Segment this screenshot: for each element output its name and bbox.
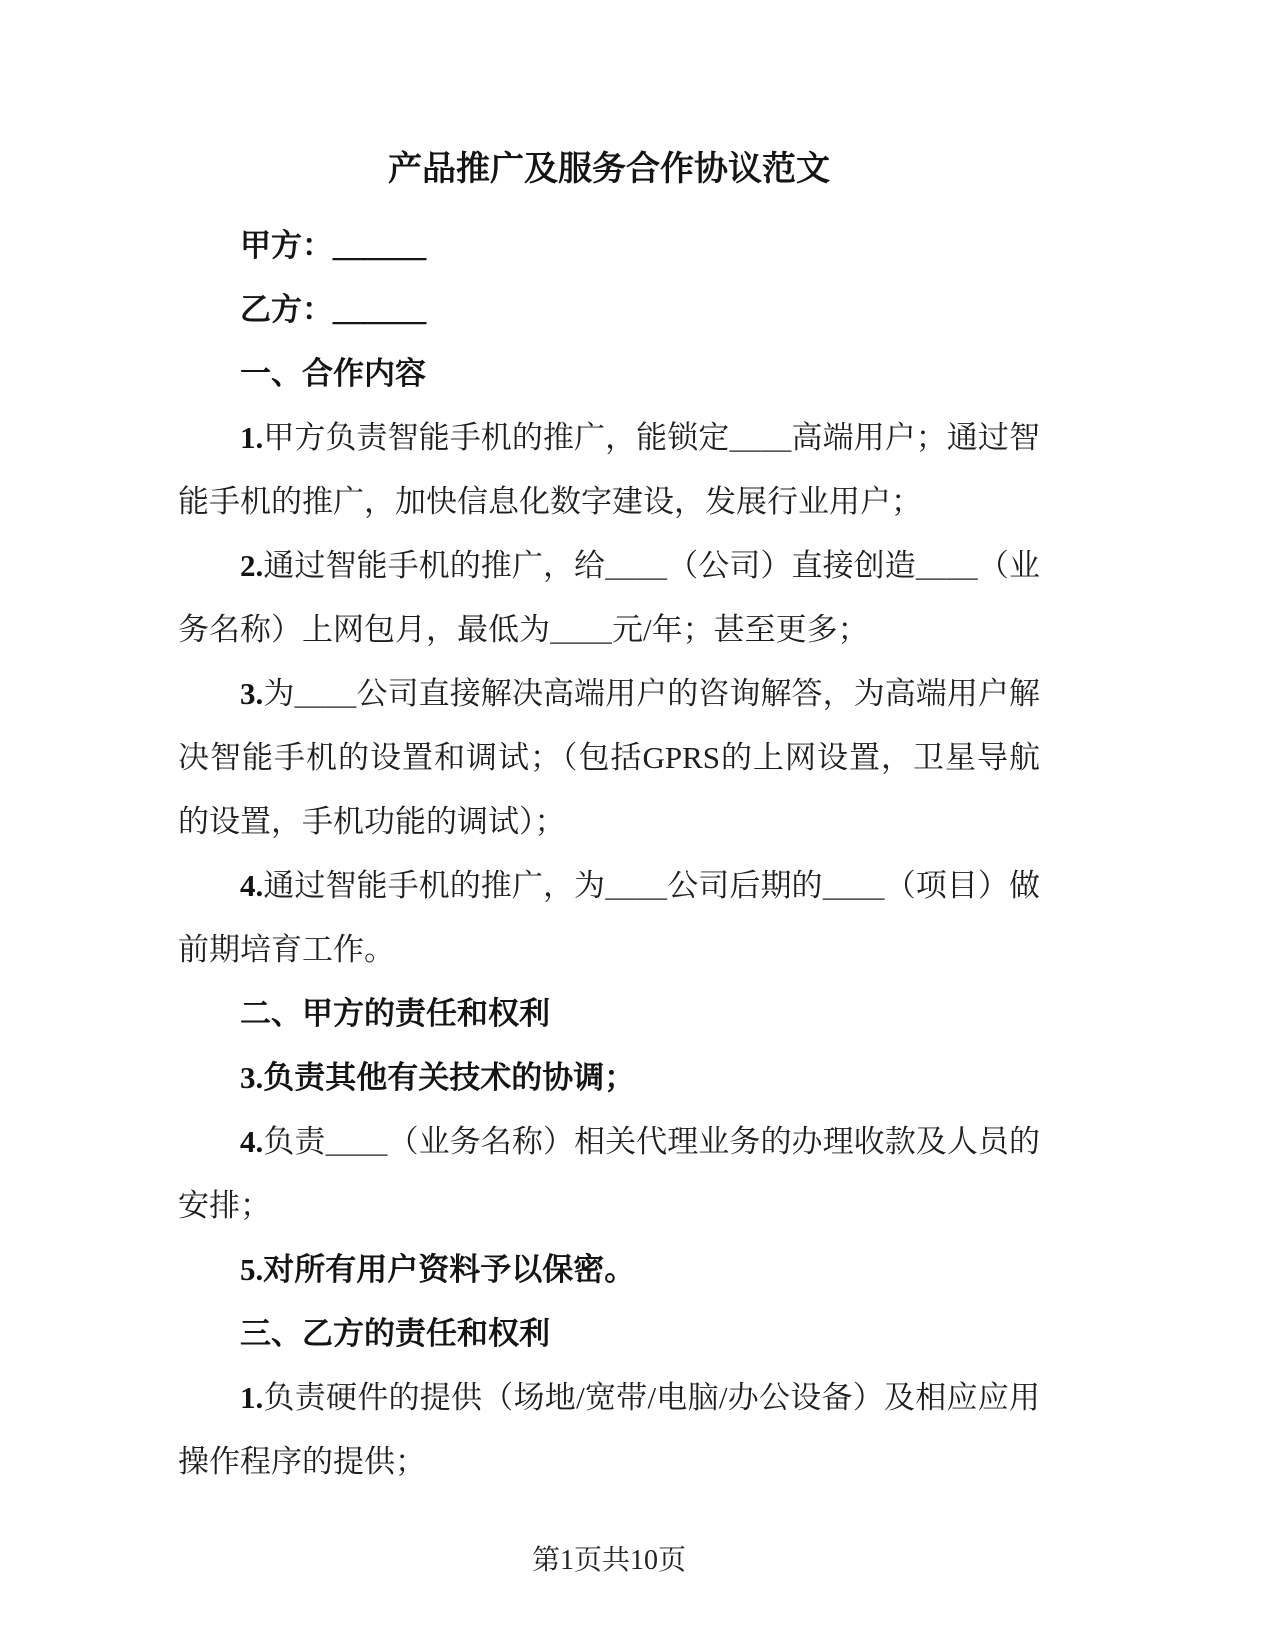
clause-number: 2. (240, 548, 263, 583)
section-heading-3: 三、乙方的责任和权利 (178, 1302, 1040, 1366)
clause-text: 为＿＿公司直接解决高端用户的咨询解答，为高端用户解决智能手机的设置和调试；（包括… (178, 676, 1040, 839)
document-body: 产品推广及服务合作协议范文 甲方：＿＿＿ 乙方：＿＿＿ 一、合作内容 1.甲方负… (178, 138, 1040, 1494)
clause-2-3: 3.负责其他有关技术的协调； (178, 1046, 1040, 1110)
clause-1-4: 4.通过智能手机的推广，为＿＿公司后期的＿＿（项目）做前期培育工作。 (178, 854, 1040, 982)
clause-text: 甲方负责智能手机的推广，能锁定＿＿高端用户；通过智能手机的推广，加快信息化数字建… (178, 420, 1040, 519)
section-heading-1: 一、合作内容 (178, 342, 1040, 406)
party-b-line: 乙方：＿＿＿ (178, 278, 1040, 342)
section-heading-1-text: 一、合作内容 (240, 356, 426, 391)
clause-text: 通过智能手机的推广，给＿＿（公司）直接创造＿＿（业务名称）上网包月，最低为＿＿元… (178, 548, 1040, 647)
clause-2-4: 4.负责＿＿（业务名称）相关代理业务的办理收款及人员的安排； (178, 1110, 1040, 1238)
clause-number: 3. (240, 676, 263, 711)
document-title: 产品推广及服务合作协议范文 (178, 138, 1040, 202)
clause-3-1: 1.负责硬件的提供（场地/宽带/电脑/办公设备）及相应应用操作程序的提供； (178, 1366, 1040, 1494)
section-heading-3-text: 三、乙方的责任和权利 (240, 1316, 550, 1351)
clause-text: 负责＿＿（业务名称）相关代理业务的办理收款及人员的安排； (178, 1124, 1040, 1223)
section-heading-2: 二、甲方的责任和权利 (178, 982, 1040, 1046)
clause-number: 1. (240, 420, 263, 455)
clause-text: 通过智能手机的推广，为＿＿公司后期的＿＿（项目）做前期培育工作。 (178, 868, 1040, 967)
clause-number: 5. (240, 1252, 263, 1287)
clause-number: 3. (240, 1060, 263, 1095)
clause-number: 1. (240, 1380, 263, 1415)
clause-number: 4. (240, 868, 263, 903)
clause-2-5: 5.对所有用户资料予以保密。 (178, 1238, 1040, 1302)
clause-text: 负责其他有关技术的协调； (263, 1060, 635, 1095)
clause-1-1: 1.甲方负责智能手机的推广，能锁定＿＿高端用户；通过智能手机的推广，加快信息化数… (178, 406, 1040, 534)
clause-text: 对所有用户资料予以保密。 (263, 1252, 635, 1287)
clause-1-2: 2.通过智能手机的推广，给＿＿（公司）直接创造＿＿（业务名称）上网包月，最低为＿… (178, 534, 1040, 662)
clause-number: 4. (240, 1124, 263, 1159)
party-a-line: 甲方：＿＿＿ (178, 214, 1040, 278)
clause-1-3: 3.为＿＿公司直接解决高端用户的咨询解答，为高端用户解决智能手机的设置和调试；（… (178, 662, 1040, 854)
page-number: 第1页共10页 (178, 1538, 1040, 1578)
section-heading-2-text: 二、甲方的责任和权利 (240, 996, 550, 1031)
document-page: 产品推广及服务合作协议范文 甲方：＿＿＿ 乙方：＿＿＿ 一、合作内容 1.甲方负… (0, 0, 1275, 1650)
clause-text: 负责硬件的提供（场地/宽带/电脑/办公设备）及相应应用操作程序的提供； (178, 1380, 1040, 1479)
